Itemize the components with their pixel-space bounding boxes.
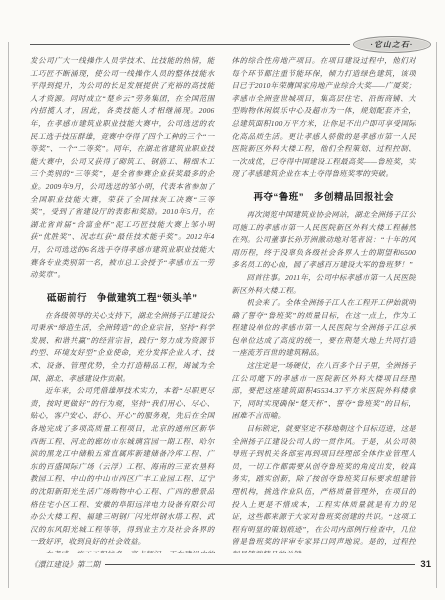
page-number: 31	[420, 559, 431, 570]
left-column: 发公司广大一线操作人员学技术、比技能的热情，能工巧匠不断涌现，使公司一线操作人员…	[30, 55, 215, 553]
magazine-page: ·它山之石· 发公司广大一线操作人员学技术、比技能的热情，能工巧匠不断涌现，使公…	[0, 0, 445, 600]
article-heading-left: 砥砺前行 争做建筑工程“领头羊”	[30, 290, 215, 304]
paragraph-continued: 发公司广大一线操作人员学技术、比技能的热情，能工巧匠不断涌现，使公司一线操作人员…	[30, 55, 215, 282]
article-body: 发公司广大一线操作人员学技术、比技能的热情，能工巧匠不断涌现，使公司一线操作人员…	[30, 55, 416, 553]
paragraph: 再次浏览中国建筑业协会网站，湖北全洲扬子江公司施工的孝感市第一人民医院新区外科大…	[232, 209, 417, 272]
paragraph: 目标锁定，就要坚定不移地朝这个目标迈进，这是全洲扬子江建设公司人的一贯作风。于是…	[232, 423, 417, 553]
page-footer: 《澴江建设》第二期 31	[30, 559, 431, 570]
paragraph: 近年来，公司凭借雄厚技术实力，本着“尽职更尽责，按时更做好”的行为观，坚持“我们…	[30, 385, 215, 549]
paragraph: 在孝感，施工工程较多，亮点频闪。正在建设中的孝昌全洲毓湖岸孝昌第一大盘，总建筑面…	[30, 549, 215, 553]
section-badge-label: ·它山之石·	[371, 39, 414, 50]
paragraph: 在各级领导的关心支持下，湖北全洲扬子江建设公司秉承“缔造生活，全洲铸造”的企业宗…	[30, 310, 215, 386]
footer-rule	[105, 564, 415, 565]
page-border-right	[436, 42, 437, 588]
page-header: ·它山之石·	[30, 36, 431, 53]
paragraph: 这注定是一场硬仗，在八百多个日子里，全洲扬子江公司麾下的孝感市一医院新区外科大楼…	[232, 360, 417, 423]
header-rule	[30, 44, 350, 45]
page-border-left	[8, 42, 9, 588]
journal-issue-label: 《澴江建设》第二期	[30, 559, 100, 570]
paragraph: 回首往事。2011年，公司中标孝感市第一人民医院新区外科大楼工程。	[232, 272, 417, 297]
right-column: 体的综合性房地产项目。在项目建设过程中，他们对每个环节都注重节能环保，倾力打造绿…	[232, 55, 417, 553]
paragraph-continued: 体的综合性房地产项目。在项目建设过程中，他们对每个环节都注重节能环保，倾力打造绿…	[232, 55, 417, 181]
article-heading-right: 再夺“鲁班” 多创精品回报社会	[232, 189, 417, 203]
section-badge: ·它山之石·	[353, 36, 431, 53]
paragraph: 机会来了。全体全洲扬子江人在工程开工伊始就明确了誓夺“鲁班奖”的质量目标，在这一…	[232, 297, 417, 360]
